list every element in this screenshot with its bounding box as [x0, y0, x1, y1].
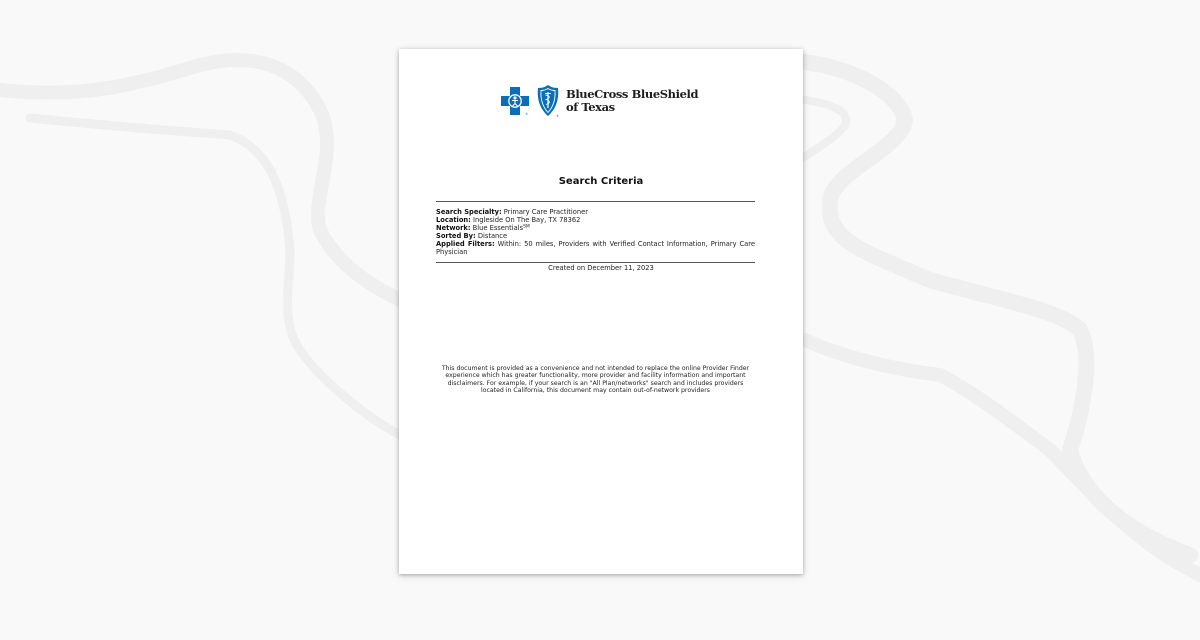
criteria-label: Network:: [436, 224, 471, 232]
pdf-page: ® ® BlueCross BlueShield of Texas Search…: [399, 49, 803, 574]
criteria-row-location: Location: Ingleside On The Bay, TX 78362: [436, 216, 755, 224]
criteria-row-applied-filters: Applied Filters: Within: 50 miles, Provi…: [436, 240, 755, 256]
criteria-value: Blue Essentials: [473, 224, 523, 232]
search-criteria-list: Search Specialty: Primary Care Practitio…: [436, 208, 755, 256]
criteria-label: Sorted By:: [436, 232, 476, 240]
logo-name-line2: of Texas: [566, 101, 698, 114]
divider-top: [436, 201, 755, 202]
page-title: Search Criteria: [399, 176, 803, 187]
bcbs-texas-logo: ® ® BlueCross BlueShield of Texas: [500, 83, 698, 119]
criteria-row-sorted-by: Sorted By: Distance: [436, 232, 755, 240]
divider-bottom: [436, 262, 755, 263]
created-date: Created on December 11, 2023: [399, 264, 803, 272]
logo-wordmark: BlueCross BlueShield of Texas: [566, 88, 698, 114]
criteria-label: Applied Filters:: [436, 240, 495, 248]
criteria-row-network: Network: Blue EssentialsSM: [436, 224, 755, 232]
svg-text:®: ®: [525, 112, 528, 116]
disclaimer-text: This document is provided as a convenien…: [436, 365, 755, 395]
blue-cross-icon: ®: [500, 86, 530, 116]
criteria-label: Search Specialty:: [436, 208, 502, 216]
criteria-row-specialty: Search Specialty: Primary Care Practitio…: [436, 208, 755, 216]
service-mark: SM: [523, 225, 530, 230]
svg-text:®: ®: [556, 114, 559, 118]
criteria-value: Primary Care Practitioner: [504, 208, 588, 216]
criteria-value: Ingleside On The Bay, TX 78362: [473, 216, 580, 224]
criteria-value: Distance: [478, 232, 507, 240]
blue-shield-icon: ®: [535, 84, 561, 118]
criteria-label: Location:: [436, 216, 471, 224]
document-viewer: ® ® BlueCross BlueShield of Texas Search…: [0, 0, 1200, 640]
